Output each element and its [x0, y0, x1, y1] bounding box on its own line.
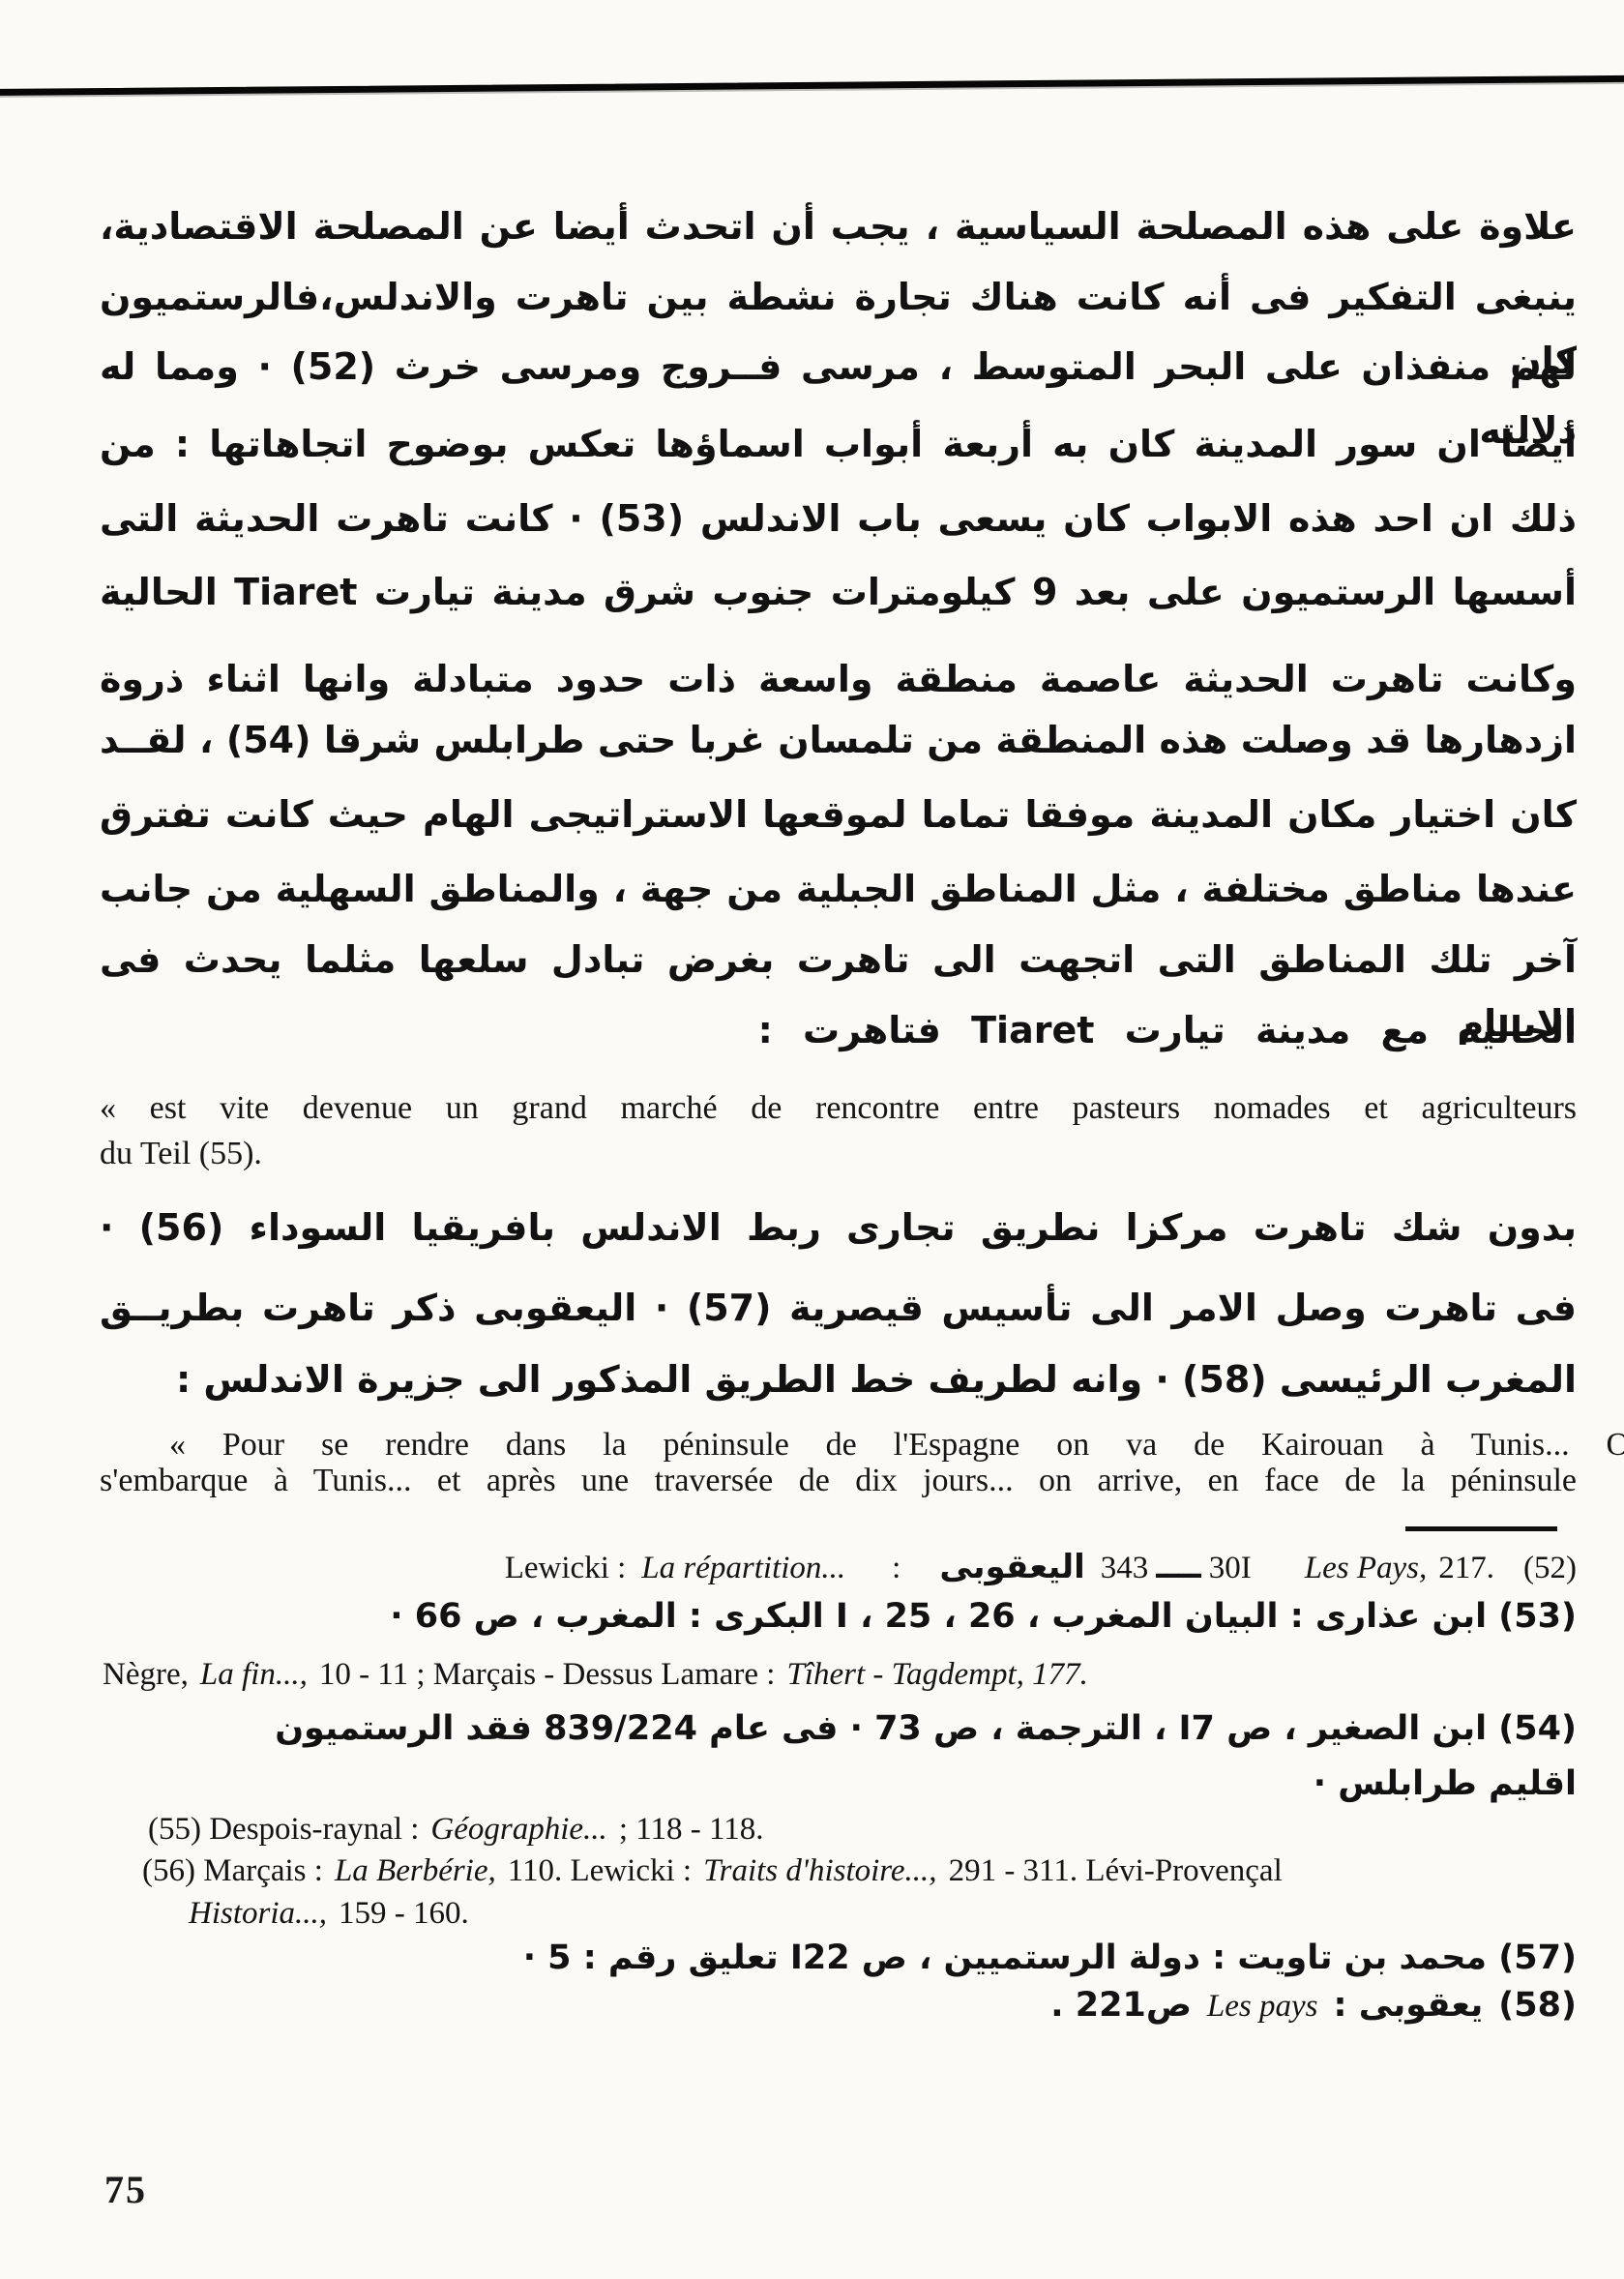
footnote-negre-title: La fin..., [200, 1651, 308, 1698]
footnote-56: (56) Marçais : La Berbérie, 110. Lewicki… [142, 1848, 1294, 1894]
footnote-55-author: (55) Despois-raynal : [148, 1806, 419, 1852]
arabic-line: كان اختيار مكان المدينة موفقا تماما لموق… [100, 783, 1577, 846]
footnote-52-author: Lewicki : [505, 1545, 627, 1591]
footnote-separator [1405, 1526, 1557, 1531]
arabic-line: بدون شك تاهرت مركزا نطريق تجارى ربط الان… [100, 1196, 1615, 1259]
footnote-56-historia-pages: 159 - 160. [339, 1890, 469, 1937]
footnote-56-author: (56) Marçais : [142, 1848, 323, 1894]
footnote-58-author: يعقوبى : [1334, 1986, 1484, 2025]
footnote-52-dash: ــــ [1156, 1544, 1200, 1590]
footnote-56-title: La Berbérie, [335, 1848, 496, 1894]
arabic-line: المغرب الرئيسى (58) · وانه لطريف خط الطر… [100, 1347, 1577, 1411]
arabic-line: أسسها الرستميون على بعد 9 كيلومترات جنوب… [100, 560, 1577, 624]
footnote-58-title: Les pays [1207, 1989, 1318, 2025]
footnote-negre-pages: 10 - 11 ; Marçais - Dessus Lamare : [319, 1651, 776, 1698]
footnote-58-marker: (58) [1498, 1986, 1577, 2025]
arabic-line: ازدهارها قد وصلت هذه المنطقة من تلمسان غ… [100, 708, 1577, 772]
arabic-line: ذلك ان احد هذه الابواب كان يسعى باب الان… [100, 487, 1577, 550]
footnote-52-arabic: اليعقوبى [939, 1544, 1084, 1590]
footnote-negre: Nègre, La fin..., 10 - 11 ; Marçais - De… [103, 1651, 1100, 1698]
arabic-line: أيضا ان سور المدينة كان به أربعة أبواب ا… [100, 412, 1577, 476]
footnote-55-pages: ; 118 - 118. [619, 1806, 764, 1852]
footnote-55-title: Géographie... [430, 1806, 606, 1852]
scanned-page: { "ink_color": "#121212", "paper_color":… [0, 0, 1624, 2279]
page-number: 75 [104, 2167, 147, 2212]
footnote-53: (53) ابن عذارى : البيان المغرب ، I ، 25 … [100, 1589, 1577, 1643]
footnote-57: (57) محمد بن تاويت : دولة الرستميين ، ص … [100, 1931, 1577, 1985]
footnote-55: (55) Despois-raynal : Géographie... ; 11… [148, 1806, 776, 1852]
footnote-negre-work: Tîhert - Tagdempt, 177. [786, 1651, 1087, 1698]
arabic-line: الحالية مع مدينة تيارت Tiaret فتاهرت : [100, 998, 1577, 1062]
footnote-52-num-a: 343 [1101, 1545, 1149, 1591]
footnote-negre-author: Nègre, [103, 1651, 189, 1698]
arabic-line: علاوة على هذه المصلحة السياسية ، يجب أن … [100, 194, 1624, 258]
footnote-56-historia: Historia..., [189, 1890, 327, 1937]
top-rule [0, 75, 1624, 96]
french-quote-line: du Teil (55). [100, 1130, 1577, 1178]
arabic-line: عندها مناطق مختلفة ، مثل المناطق الجبلية… [100, 857, 1577, 921]
arabic-line: وكانت تاهرت الحديثة عاصمة منطقة واسعة ذا… [100, 647, 1577, 711]
footnote-56-pages: 291 - 311. Lévi-Provençal [949, 1848, 1283, 1894]
french-quote-line: s'embarque à Tunis... et après une trave… [100, 1457, 1577, 1505]
footnote-52: Lewicki : La répartition... : اليعقوبى 3… [505, 1544, 1577, 1591]
footnote-54: (54) ابن الصغير ، ص I7 ، الترجمة ، ص 73 … [100, 1702, 1577, 1756]
footnote-56-mid: 110. Lewicki : [508, 1848, 692, 1894]
footnote-52-num-b: 30I [1209, 1545, 1252, 1591]
footnote-52-work: Les Pays, [1305, 1545, 1428, 1591]
footnote-56-continuation: Historia..., 159 - 160. [189, 1890, 481, 1937]
french-quote-line: « est vite devenue un grand marché de re… [100, 1084, 1577, 1133]
footnote-58-page: ص221 . [1050, 1986, 1192, 2025]
footnote-52-colon: : [892, 1545, 901, 1591]
footnote-52-page: 217. [1438, 1545, 1494, 1591]
footnote-56-work: Traits d'histoire..., [703, 1848, 936, 1894]
arabic-line: فى تاهرت وصل الامر الى تأسيس قيصرية (57)… [100, 1276, 1577, 1340]
footnote-52-title: La répartition... [641, 1545, 845, 1591]
footnote-54-continuation: اقليم طرابلس · [100, 1757, 1577, 1811]
footnote-52-marker: (52) [1523, 1545, 1577, 1591]
footnote-58: (58) يعقوبى : Les pays ص221 . [1035, 1986, 1577, 2025]
